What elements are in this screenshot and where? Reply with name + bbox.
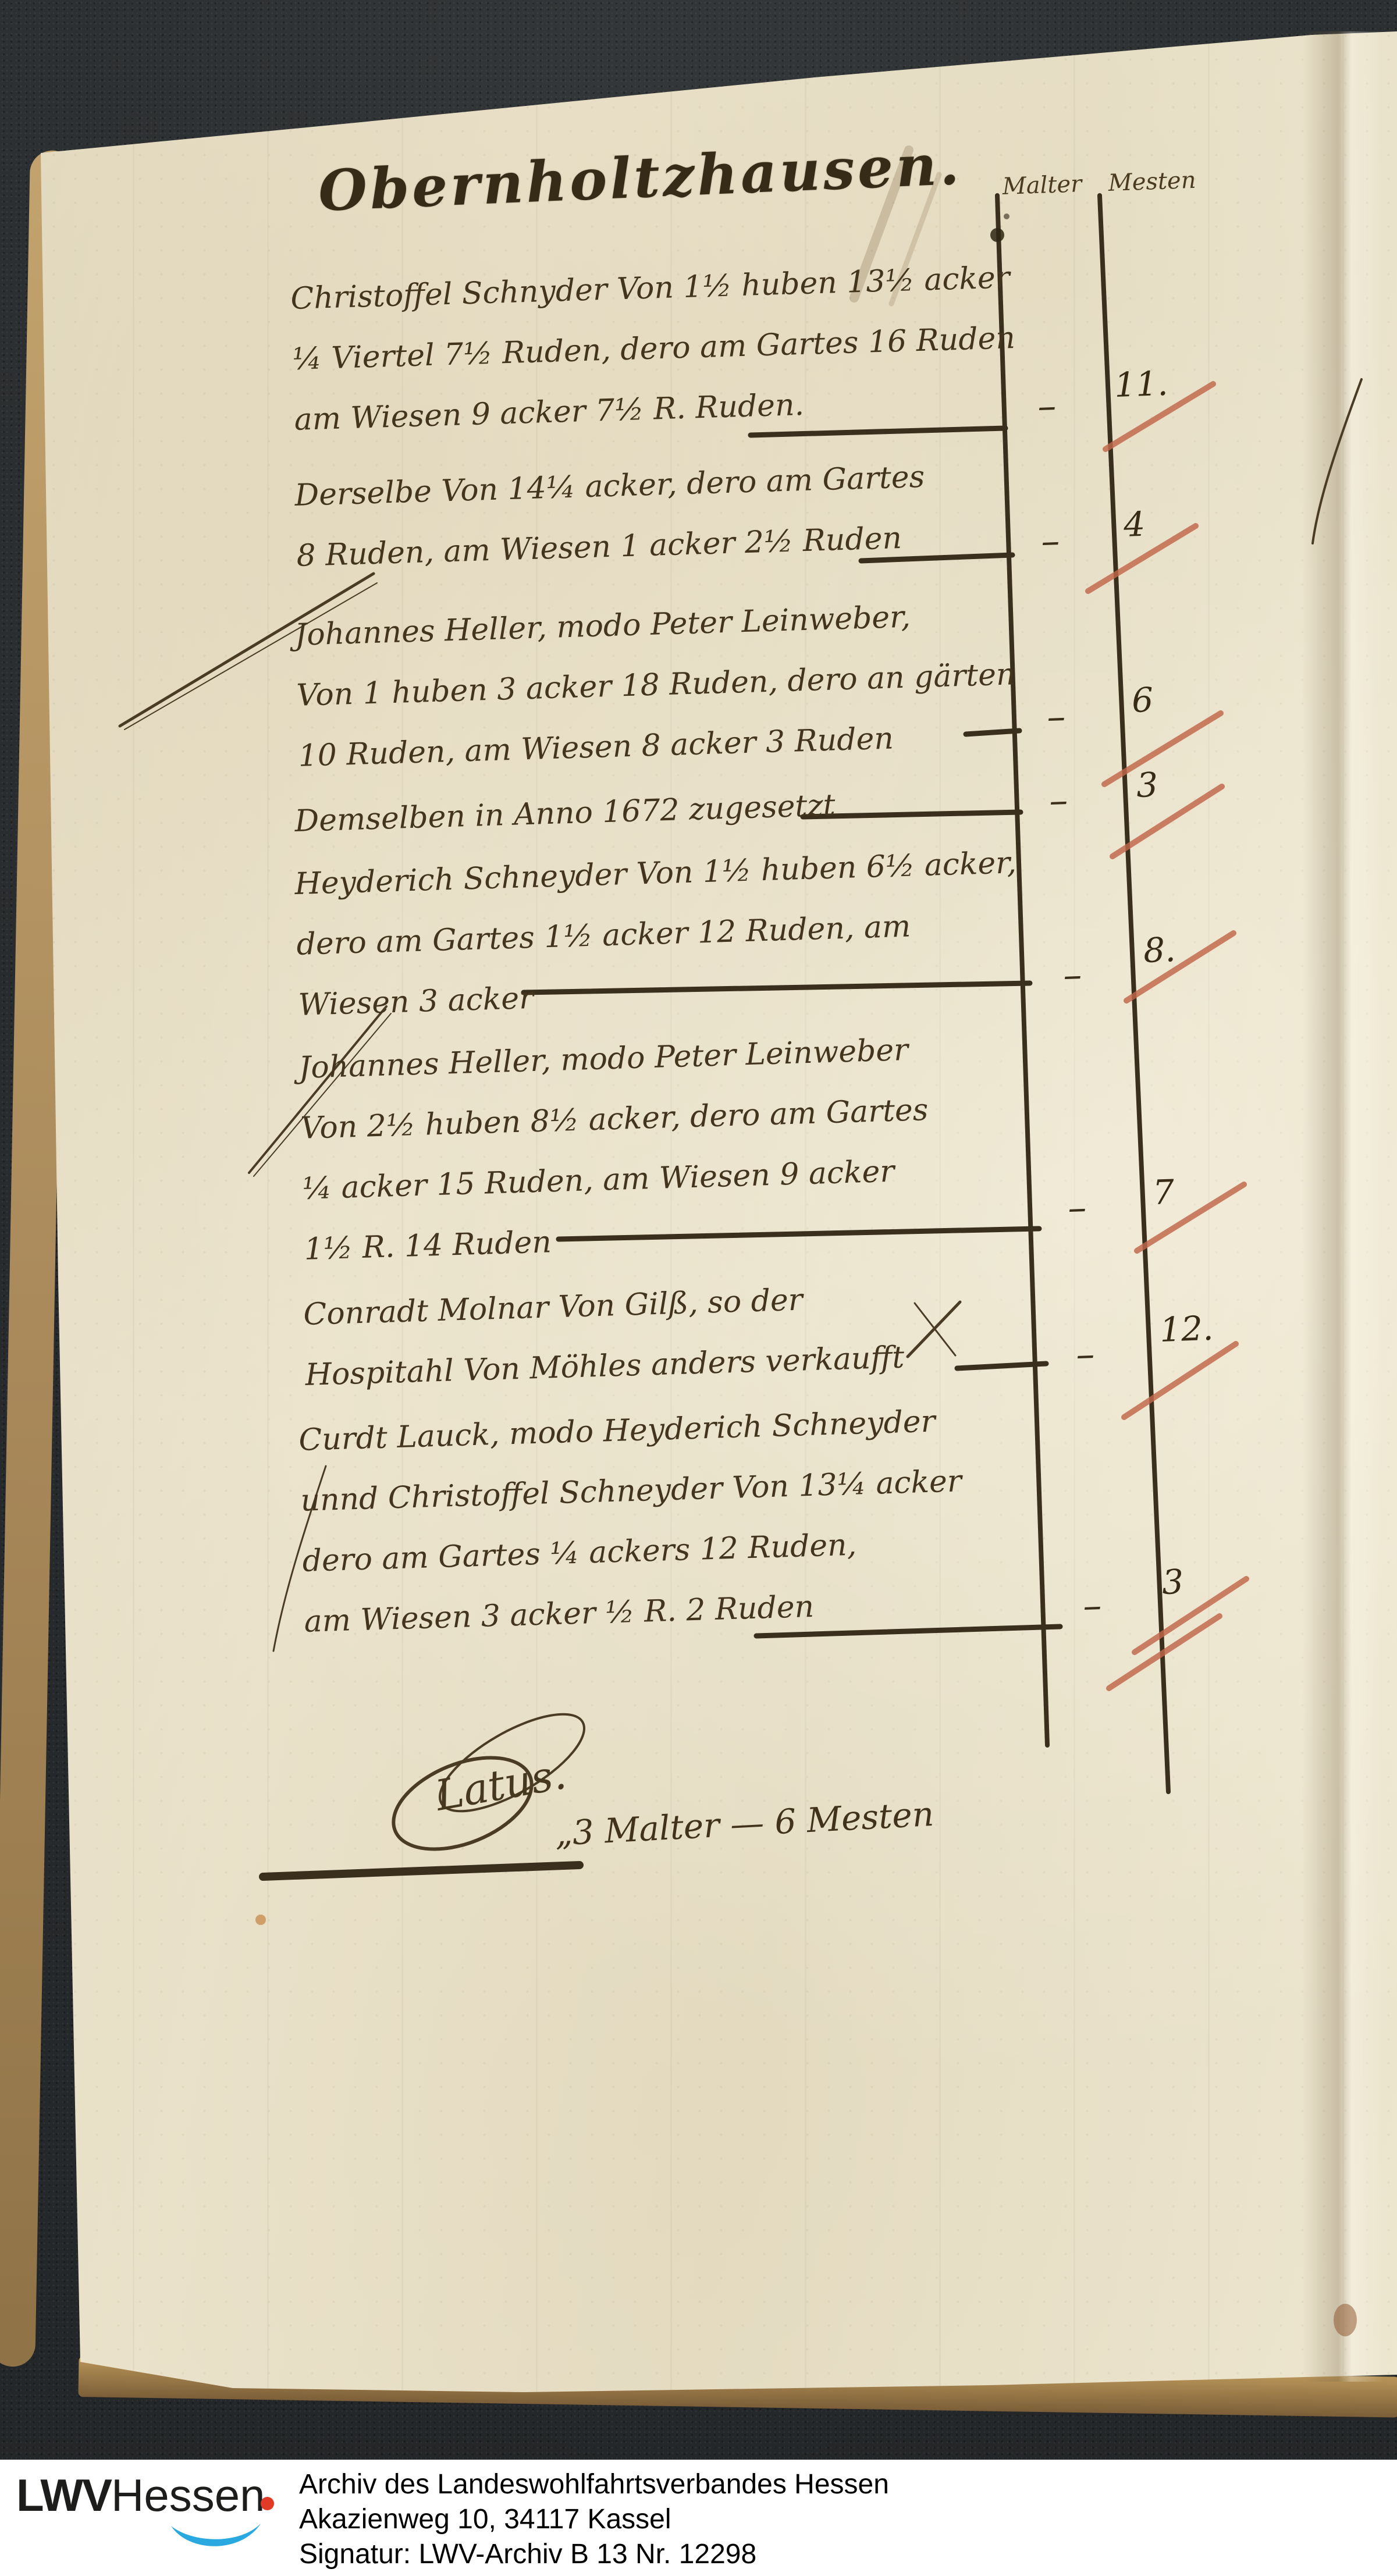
malter-value: – [1037, 385, 1057, 428]
entry-3: Johannes Heller, modo Peter Leinweber, V… [294, 583, 1018, 787]
mesten-value: 12. [1159, 1308, 1214, 1350]
entry-1: Christoffel Schnyder Von 1½ huben 13½ ac… [290, 247, 1018, 450]
malter-value: – [1082, 1584, 1103, 1628]
malter-value: – [1067, 1186, 1087, 1230]
mesten-value: 7 [1152, 1172, 1175, 1212]
footer-archive-name: Archiv des Landeswohlfahrtsverbandes Hes… [299, 2468, 889, 2500]
entry-7: Conradt Molnar Von Gilß, so der Hospitah… [303, 1266, 905, 1405]
malter-value: – [1075, 1333, 1096, 1376]
mesten-value: 6 [1131, 680, 1154, 720]
mesten-value: 8. [1143, 930, 1176, 970]
footer-address: Akazienweg 10, 34117 Kassel [299, 2503, 671, 2535]
logo-hessen-text: Hessen [111, 2470, 265, 2521]
malter-value: – [1062, 953, 1083, 997]
paper-stain [255, 1915, 266, 1925]
mesten-value: 11. [1114, 364, 1169, 405]
paper-stain [1334, 2304, 1357, 2336]
scan-canvas: Obernholtzhausen. Malter Mesten Christof… [0, 0, 1397, 2576]
ink-blot [1004, 214, 1009, 219]
column-header-malter: Malter [1002, 170, 1082, 200]
logo-lwv-text: LWV [16, 2470, 111, 2521]
logo-red-dot-icon [261, 2497, 274, 2510]
footer-band: LWVHessen Archiv des Landeswohlfahrtsver… [0, 2460, 1397, 2576]
entry-5: Heyderich Schneyder Von 1½ huben 6½ acke… [294, 832, 1021, 1036]
entry-2: Derselbe Von 14¼ acker, dero am Gartes 8… [294, 447, 927, 586]
red-tally-slash [1135, 1579, 1246, 1652]
mesten-value: 4 [1123, 504, 1146, 545]
mesten-value: 3 [1161, 1562, 1184, 1602]
facing-page-pen-stroke [1313, 379, 1362, 543]
summary-underline [263, 1865, 580, 1877]
strikeout-mark [915, 1303, 955, 1355]
strikeout-mark [908, 1302, 960, 1357]
footer-signature: Signatur: LWV-Archiv B 13 Nr. 12298 [299, 2538, 756, 2570]
entry-6: Johannes Heller, modo Peter Leinweber Vo… [298, 1019, 933, 1280]
entry-8: Curdt Lauck, modo Heyderich Schneyder un… [298, 1390, 966, 1652]
column-header-mesten: Mesten [1108, 167, 1196, 197]
logo-swoosh-icon [169, 2520, 263, 2556]
malter-value: – [1046, 695, 1067, 739]
ink-blot [990, 228, 1004, 242]
lwv-logo: LWVHessen [16, 2469, 265, 2522]
malter-value: – [1040, 520, 1061, 563]
mesten-value: 3 [1136, 765, 1158, 805]
red-tally-slash [1124, 1344, 1236, 1417]
red-tally-slash [1126, 933, 1234, 1001]
malter-value: – [1048, 779, 1069, 823]
